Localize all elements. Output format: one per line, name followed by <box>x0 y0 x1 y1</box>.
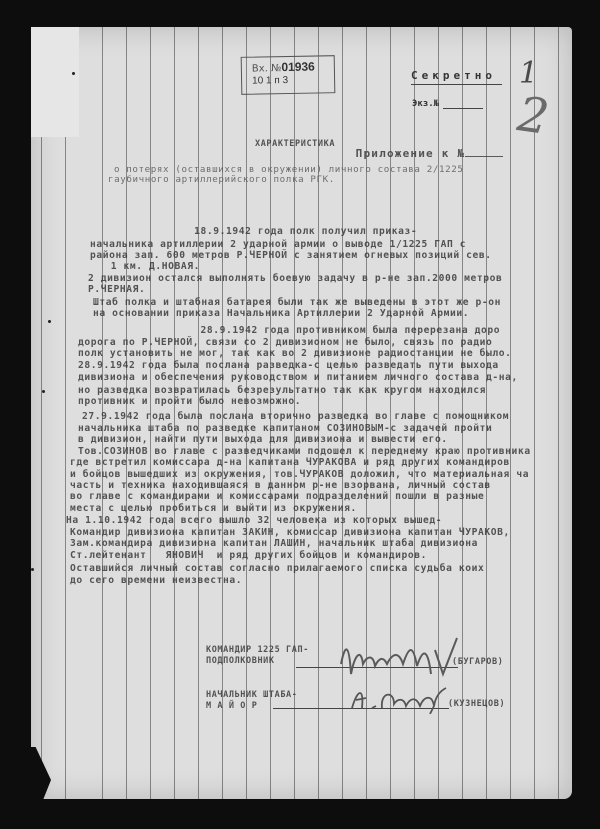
body-line: места с целью пробиться и выйти из окруж… <box>70 503 357 514</box>
body-line: во главе с командирами и комиссарами под… <box>70 491 484 502</box>
body-line: 1 км. Д.НОВАЯ. <box>98 261 200 272</box>
body-line: противник и пройти было невозможно. <box>78 396 301 407</box>
body-line: Р.ЧЕРНАЯ. <box>88 284 145 295</box>
stamp-number-label: № <box>271 63 282 74</box>
body-line: в дивизион, найти пути выхода для дивизи… <box>78 434 448 445</box>
ink-speck <box>31 568 34 571</box>
body-line: до сего времени неизвестна. <box>70 575 242 586</box>
copy-number-label: Экз.№ <box>412 99 439 109</box>
ink-speck <box>72 72 75 75</box>
signature-1-name: (БУГАРОВ) <box>452 657 503 668</box>
ink-speck <box>42 390 45 393</box>
body-line: Тов.СОЗИНОВ во главе с разведчиками подо… <box>78 446 531 457</box>
body-line: Ст.лейтенант ЯНОВИЧ и ряд других бойцов … <box>70 550 427 561</box>
body-line: начальника штаба по разведке капитаном С… <box>78 423 492 434</box>
body-line: полк установить не мог, так как во 2 див… <box>78 348 512 359</box>
stamp-line-2: 10 1 п 3 <box>252 74 332 86</box>
signature-2-title: НАЧАЛЬНИК ШТАБА- <box>206 690 297 701</box>
copy-number-field: Экз.№ <box>412 99 483 109</box>
stamp-number: 01936 <box>281 60 315 75</box>
signature-1-scribble <box>339 634 459 680</box>
body-line: Оставшийся личный состав согласно прилаг… <box>70 563 484 574</box>
body-line: где встретил комиссара д-на капитана ЧУР… <box>70 457 510 468</box>
body-line: Штаб полка и штабная батарея были так же… <box>93 297 501 308</box>
torn-paper-edge <box>31 27 79 137</box>
signature-2-rank: М А Й О Р <box>206 701 257 712</box>
torn-corner <box>29 747 51 802</box>
body-line: и бойцов вышедших из окружения, тов.ЧУРА… <box>70 469 529 480</box>
signature-1-rank: ПОДПОЛКОВНИК <box>206 656 275 667</box>
ink-speck <box>48 320 51 323</box>
body-line: На 1.10.1942 года всего вышло 32 человек… <box>66 515 442 526</box>
appendix-label: Приложение к № <box>340 137 503 159</box>
body-line: 28.9.1942 года была послана разведка-с ц… <box>78 360 499 371</box>
body-line: но разведка возвратилась безрезультатно … <box>78 385 486 396</box>
body-line: 28.9.1942 года противником была перереза… <box>73 325 500 336</box>
signature-2-scribble <box>350 684 460 714</box>
heading-title: ХАРАКТЕРИСТИКА <box>255 139 335 150</box>
body-line: 27.9.1942 года была послана вторично раз… <box>82 411 509 422</box>
body-line: начальника артиллерии 2 ударной армии о … <box>90 239 466 250</box>
body-line: часть и техника находившаяся в данном р-… <box>70 480 491 491</box>
body-line: Командир дивизиона капитан ЗАКИН, комисс… <box>70 527 510 538</box>
body-line: 18.9.1942 года полк получил приказ- <box>73 226 417 237</box>
classification-label: Секретно <box>411 69 502 85</box>
body-line: района зап. 600 метров Р.ЧЕРНОЙ с заняти… <box>90 250 492 261</box>
body-line: на основании приказа Начальника Артиллер… <box>93 308 469 319</box>
body-line: дорога по Р.ЧЕРНОЙ, связи со 2 дивизионо… <box>78 337 492 348</box>
stamp-prefix: Вх. <box>252 63 268 74</box>
registration-stamp: Вх. №01936 10 1 п 3 <box>241 55 336 95</box>
body-line: Зам.командира дивизиона капитан ЛАШИН, н… <box>70 538 478 549</box>
body-line: 2 дивизион остался выполнять боевую зада… <box>88 273 502 284</box>
body-line: дивизиона и обеспечения руководством и п… <box>78 372 518 383</box>
signature-1-title: КОМАНДИР 1225 ГАП- <box>206 645 309 656</box>
subject-line-2: гаубичного артиллерийского полка РГК. <box>108 174 335 185</box>
